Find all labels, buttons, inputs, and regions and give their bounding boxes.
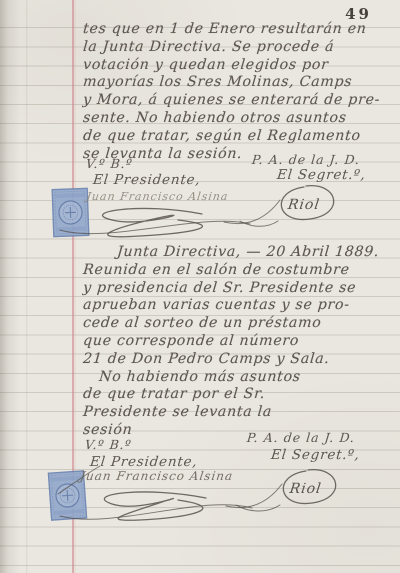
secretary-signature-name: Riol	[288, 481, 323, 497]
handwriting-line: Reunida en el salón de costumbre	[82, 262, 399, 280]
handwriting-line: sente. No habiendo otros asuntos	[82, 110, 399, 128]
president-rubric-flourish	[104, 492, 206, 520]
secretary-signature-name: Riol	[286, 197, 321, 213]
handwriting-line: la Junta Directiva. Se procede á	[82, 39, 399, 57]
minute-entry-1: tes que en 1 de Enero resultarán en la J…	[83, 21, 398, 163]
handwriting-line: de que tratar por el Sr.	[82, 386, 399, 404]
binding-shadow	[0, 0, 20, 573]
paper-crease	[26, 0, 28, 573]
visto-bueno-label: V.º B.º	[84, 437, 132, 452]
handwriting-line: No habiendo más asuntos	[82, 369, 399, 387]
secretary-signature: Riol	[220, 458, 360, 520]
handwriting-line: votación y quedan elegidos por	[82, 57, 399, 75]
entry-heading: Junta Directiva, — 20 Abril 1889.	[82, 244, 399, 262]
por-acuerdo-label: P. A. de la J. D.	[251, 152, 361, 167]
handwriting-line: y Mora, á quienes se enterará de pre-	[82, 92, 399, 110]
secretary-approach-stroke	[224, 200, 280, 224]
secretary-signature: Riol	[218, 176, 358, 234]
president-signature-name: Juan Francisco Alsina	[84, 190, 230, 203]
handwriting-line: cede al sorteo de un préstamo	[82, 315, 399, 333]
handwriting-line: y presidencia del Sr. Presidente se	[82, 280, 399, 298]
handwriting-line: mayorías los Sres Molinas, Camps	[82, 74, 399, 92]
president-signature-name: Juan Francisco Alsina	[76, 469, 234, 483]
secretary-tail-stroke	[240, 221, 278, 226]
visto-bueno-label: V.º B.º	[85, 156, 133, 171]
handwriting-line: de que tratar, según el Reglamento	[82, 128, 399, 146]
handwriting-line: aprueban varias cuentas y se pro-	[82, 297, 399, 315]
handwriting-line: 21 de Don Pedro Camps y Sala.	[82, 351, 399, 369]
handwriting-line: tes que en 1 de Enero resultarán en	[82, 21, 399, 39]
handwriting-line: Presidente se levanta la	[82, 404, 399, 422]
por-acuerdo-label: P. A. de la J. D.	[246, 430, 356, 445]
secretary-approach-stroke	[226, 484, 282, 508]
handwriting-line: que corresponde al número	[82, 333, 399, 351]
secretary-tail-stroke	[236, 505, 280, 511]
minute-entry-2: Junta Directiva, — 20 Abril 1889. Reunid…	[83, 244, 398, 440]
document-page: 49 tes que en 1 de Enero resultarán en l…	[0, 0, 400, 573]
